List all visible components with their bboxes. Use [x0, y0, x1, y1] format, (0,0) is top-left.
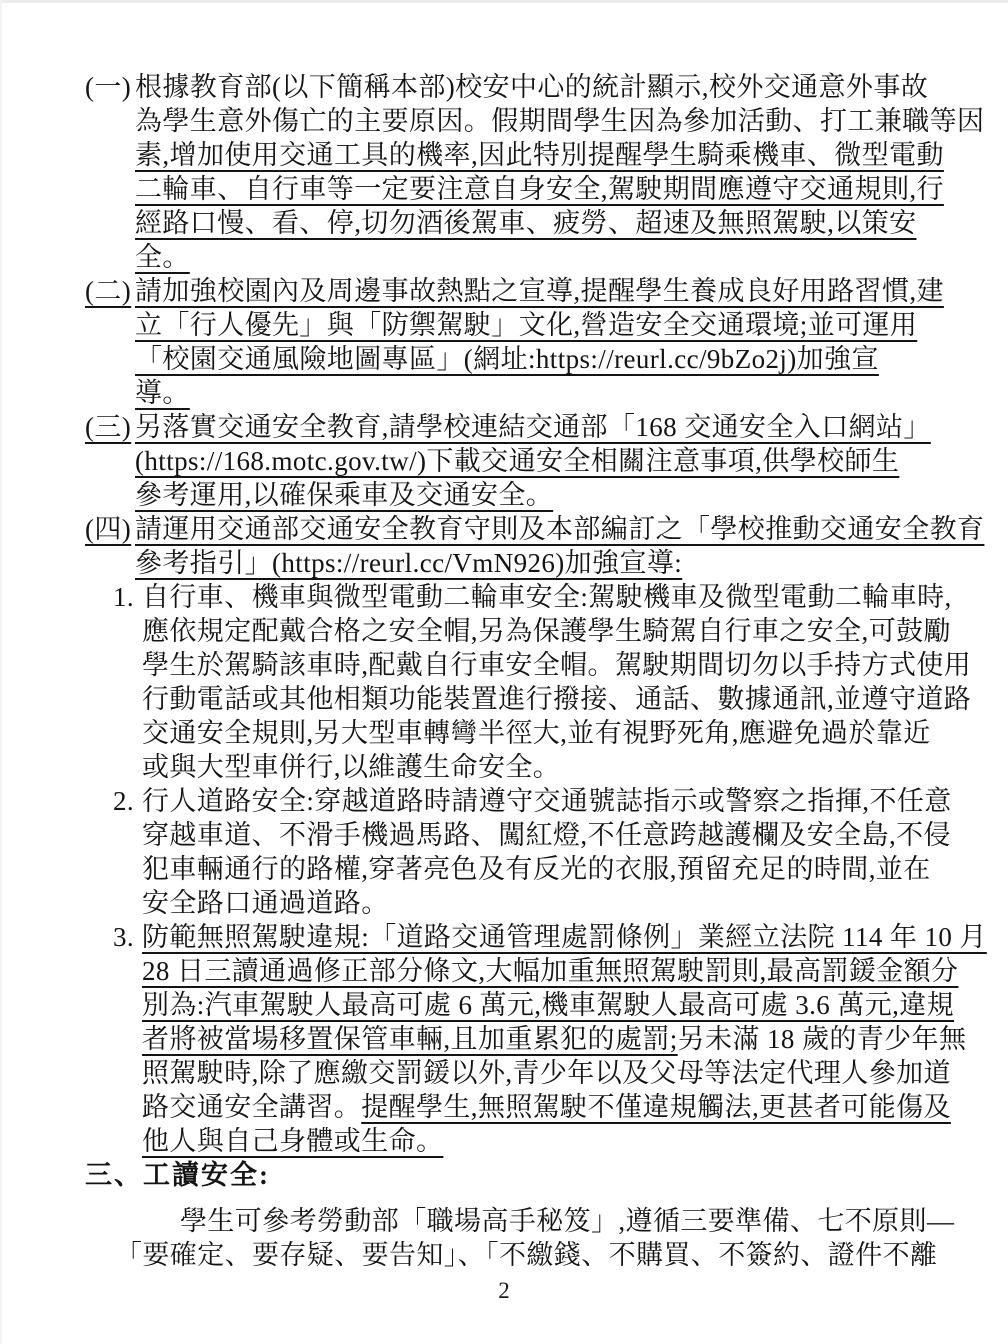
list-marker: (三) [85, 410, 135, 444]
text-line: 為學生意外傷亡的主要原因。假期間學生因為參加活動、打工兼職等因 [135, 104, 943, 138]
text-segment: 行動電話或其他相類功能裝置進行撥接、通話、數據通訊,並遵守道路 [142, 684, 971, 714]
text-line: 全。 [135, 240, 943, 274]
text-segment: 防範無照駕駛違規:「道路交通管理處罰條例」業經立法院 114 年 10 月 [142, 922, 987, 952]
text-segment: 他人與自己身體或生命。 [142, 1126, 443, 1156]
text-line: 學生於駕騎該車時,配戴自行車安全帽。駕駛期間切勿以手持方式使用 [142, 648, 943, 682]
text-segment: 請加強校園內及周邊事故熱點之宣導,提醒學生養成良好用路習慣,建 [135, 276, 944, 306]
text-segment: 請運用交通部交通安全教育守則及本部編訂之「學校推動交通安全教育 [135, 514, 984, 544]
text-line: 導。 [135, 376, 943, 410]
text-segment: 照駕駛時,除了應繳交罰鍰以外,青少年以及父母等法定代理人參加道 [142, 1058, 951, 1088]
text-line: 3.防範無照駕駛違規:「道路交通管理處罰條例」業經立法院 114 年 10 月 [113, 920, 943, 954]
text-segment: 另未滿 18 歲的青少年無 [678, 1024, 967, 1054]
text-line: 他人與自己身體或生命。 [142, 1124, 943, 1158]
text-segment: 導。 [135, 378, 190, 408]
text-segment: 「校園交通風險地圖專區」(網址:https://reurl.cc/9bZo2j)… [135, 344, 879, 374]
text-line: 犯車輛通行的路權,穿著亮色及有反光的衣服,預留充足的時間,並在 [142, 852, 943, 886]
text-line: 參考運用,以確保乘車及交通安全。 [135, 478, 943, 512]
text-line: (一)根據教育部(以下簡稱本部)校安中心的統計顯示,校外交通意外事故 [85, 70, 943, 104]
text-segment: 別為:汽車駕駛人最高可處 6 萬元,機車駕駛人最高可處 3.6 萬元,違規 [142, 990, 954, 1020]
paragraph: 3.防範無照駕駛違規:「道路交通管理處罰條例」業經立法院 114 年 10 月2… [85, 920, 943, 1158]
list-marker: 2. [113, 784, 142, 818]
text-line: 參考指引」(https://reurl.cc/VmN926)加強宣導: [135, 546, 943, 580]
text-segment: 安全路口通過道路。 [142, 888, 389, 918]
section-heading: 三、工讀安全: [85, 1158, 943, 1192]
text-line: 學生可參考勞動部「職場高手秘笈」,遵循三要準備、七不原則— [180, 1204, 943, 1238]
text-line: (https://168.motc.gov.tw/)下載交通安全相關注意事項,供… [135, 444, 943, 478]
text-segment: 行人道路安全:穿越道路時請遵守交通號誌指示或警察之指揮,不任意 [142, 786, 952, 816]
scan-edge-top [0, 0, 1008, 3]
text-line: 穿越車道、不滑手機過馬路、闖紅燈,不任意跨越護欄及安全島,不侵 [142, 818, 943, 852]
paragraph: (二)請加強校園內及周邊事故熱點之宣導,提醒學生養成良好用路習慣,建立「行人優先… [85, 274, 943, 410]
text-line: 2.行人道路安全:穿越道路時請遵守交通號誌指示或警察之指揮,不任意 [113, 784, 943, 818]
text-segment: 或與大型車併行,以維護生命安全。 [142, 752, 560, 782]
text-segment: 穿越車道、不滑手機過馬路、闖紅燈,不任意跨越護欄及安全島,不侵 [142, 820, 951, 850]
text-line: 立「行人優先」與「防禦駕駛」文化,營造安全交通環境;並可運用 [135, 308, 943, 342]
text-line: 或與大型車併行,以維護生命安全。 [142, 750, 943, 784]
list-marker: (二) [85, 274, 135, 308]
list-marker: 1. [113, 580, 142, 614]
text-line: 經路口慢、看、停,切勿酒後駕車、疲勞、超速及無照駕駛,以策安 [135, 206, 943, 240]
text-line: 照駕駛時,除了應繳交罰鍰以外,青少年以及父母等法定代理人參加道 [142, 1056, 943, 1090]
text-line: 者將被當場移置保管車輛,且加重累犯的處罰;另未滿 18 歲的青少年無 [142, 1022, 943, 1056]
text-segment: 者將被當場移置保管車輛,且加重累犯的處罰; [142, 1024, 678, 1054]
list-marker: 3. [113, 920, 142, 954]
paragraph: 1.自行車、機車與微型電動二輪車安全:駕駛機車及微型電動二輪車時,應依規定配戴合… [85, 580, 943, 784]
paragraph: (一)根據教育部(以下簡稱本部)校安中心的統計顯示,校外交通意外事故為學生意外傷… [85, 70, 943, 274]
text-line: 1.自行車、機車與微型電動二輪車安全:駕駛機車及微型電動二輪車時, [113, 580, 943, 614]
text-line: 「要確定、要存疑、要告知」、「不繳錢、不購買、不簽約、證件不離 [115, 1238, 943, 1272]
text-segment: 根據教育部(以下簡稱本部)校安中心的統計顯示,校外交通意外事故 [135, 72, 928, 102]
page-number: 2 [0, 1276, 1008, 1306]
text-segment: 提醒學生,無照駕駛不僅違規觸法,更甚者可能傷及 [361, 1092, 951, 1122]
text-line: 應依規定配戴合格之安全帽,另為保護學生騎駕自行車之安全,可鼓勵 [142, 614, 943, 648]
text-segment: 參考運用,以確保乘車及交通安全。 [135, 480, 553, 510]
text-segment: 「要確定、要存疑、要告知」、「不繳錢、不購買、不簽約、證件不離 [115, 1240, 937, 1270]
text-segment: 自行車、機車與微型電動二輪車安全:駕駛機車及微型電動二輪車時, [142, 582, 952, 612]
text-line: 交通安全規則,另大型車轉彎半徑大,並有視野死角,應避免過於靠近 [142, 716, 943, 750]
text-segment: 路交通安全講習。 [142, 1092, 361, 1122]
text-segment: 犯車輛通行的路權,穿著亮色及有反光的衣服,預留充足的時間,並在 [142, 854, 931, 884]
scan-edge-left [0, 0, 2, 1344]
text-line: (二)請加強校園內及周邊事故熱點之宣導,提醒學生養成良好用路習慣,建 [85, 274, 943, 308]
text-line: (三)另落實交通安全教育,請學校連結交通部「168 交通安全入口網站」 [85, 410, 943, 444]
section-heading-text: 三、工讀安全: [85, 1158, 943, 1192]
text-line: 別為:汽車駕駛人最高可處 6 萬元,機車駕駛人最高可處 3.6 萬元,違規 [142, 988, 943, 1022]
text-line: 「校園交通風險地圖專區」(網址:https://reurl.cc/9bZo2j)… [135, 342, 943, 376]
paragraph: 2.行人道路安全:穿越道路時請遵守交通號誌指示或警察之指揮,不任意穿越車道、不滑… [85, 784, 943, 920]
text-line: 素,增加使用交通工具的機率,因此特別提醒學生騎乘機車、微型電動 [135, 138, 943, 172]
text-segment: 參考指引」(https://reurl.cc/VmN926)加強宣導: [135, 548, 682, 578]
text-line: 二輪車、自行車等一定要注意自身安全,駕駛期間應遵守交通規則,行 [135, 172, 943, 206]
paragraph: 學生可參考勞動部「職場高手秘笈」,遵循三要準備、七不原則—「要確定、要存疑、要告… [85, 1204, 943, 1272]
text-segment: 28 日三讀通過修正部分條文,大幅加重無照駕駛罰則,最高罰鍰金額分 [142, 956, 958, 986]
text-segment: 交通安全規則,另大型車轉彎半徑大,並有視野死角,應避免過於靠近 [142, 718, 931, 748]
paragraph: (三)另落實交通安全教育,請學校連結交通部「168 交通安全入口網站」(http… [85, 410, 943, 512]
text-line: (四)請運用交通部交通安全教育守則及本部編訂之「學校推動交通安全教育 [85, 512, 943, 546]
text-segment: 素,增加使用交通工具的機率,因此特別提醒學生騎乘機車、微型電動 [135, 140, 944, 170]
text-segment: 全。 [135, 242, 190, 272]
text-segment: 二輪車、自行車等一定要注意自身安全,駕駛期間應遵守交通規則,行 [135, 174, 944, 204]
text-segment: 學生可參考勞動部「職場高手秘笈」,遵循三要準備、七不原則— [180, 1206, 954, 1236]
text-segment: 立「行人優先」與「防禦駕駛」文化,營造安全交通環境;並可運用 [135, 310, 917, 340]
text-line: 28 日三讀通過修正部分條文,大幅加重無照駕駛罰則,最高罰鍰金額分 [142, 954, 943, 988]
text-line: 路交通安全講習。提醒學生,無照駕駛不僅違規觸法,更甚者可能傷及 [142, 1090, 943, 1124]
list-marker: (四) [85, 512, 135, 546]
document-page: { "page": { "page_number": "2", "backgro… [0, 0, 1008, 1344]
text-segment: 另落實交通安全教育,請學校連結交通部「168 交通安全入口網站」 [135, 412, 931, 442]
text-segment: 學生於駕騎該車時,配戴自行車安全帽。駕駛期間切勿以手持方式使用 [142, 650, 971, 680]
text-segment: 為學生意外傷亡的主要原因。假期間學生因為參加活動、打工兼職等因 [135, 106, 984, 136]
text-segment: 應依規定配戴合格之安全帽,另為保護學生騎駕自行車之安全,可鼓勵 [142, 616, 951, 646]
text-line: 安全路口通過道路。 [142, 886, 943, 920]
text-segment: (https://168.motc.gov.tw/)下載交通安全相關注意事項,供… [135, 446, 899, 476]
text-line: 行動電話或其他相類功能裝置進行撥接、通話、數據通訊,並遵守道路 [142, 682, 943, 716]
paragraph: (四)請運用交通部交通安全教育守則及本部編訂之「學校推動交通安全教育參考指引」(… [85, 512, 943, 580]
document-body: (一)根據教育部(以下簡稱本部)校安中心的統計顯示,校外交通意外事故為學生意外傷… [85, 70, 943, 1272]
text-segment: 經路口慢、看、停,切勿酒後駕車、疲勞、超速及無照駕駛,以策安 [135, 208, 917, 238]
list-marker: (一) [85, 70, 135, 104]
